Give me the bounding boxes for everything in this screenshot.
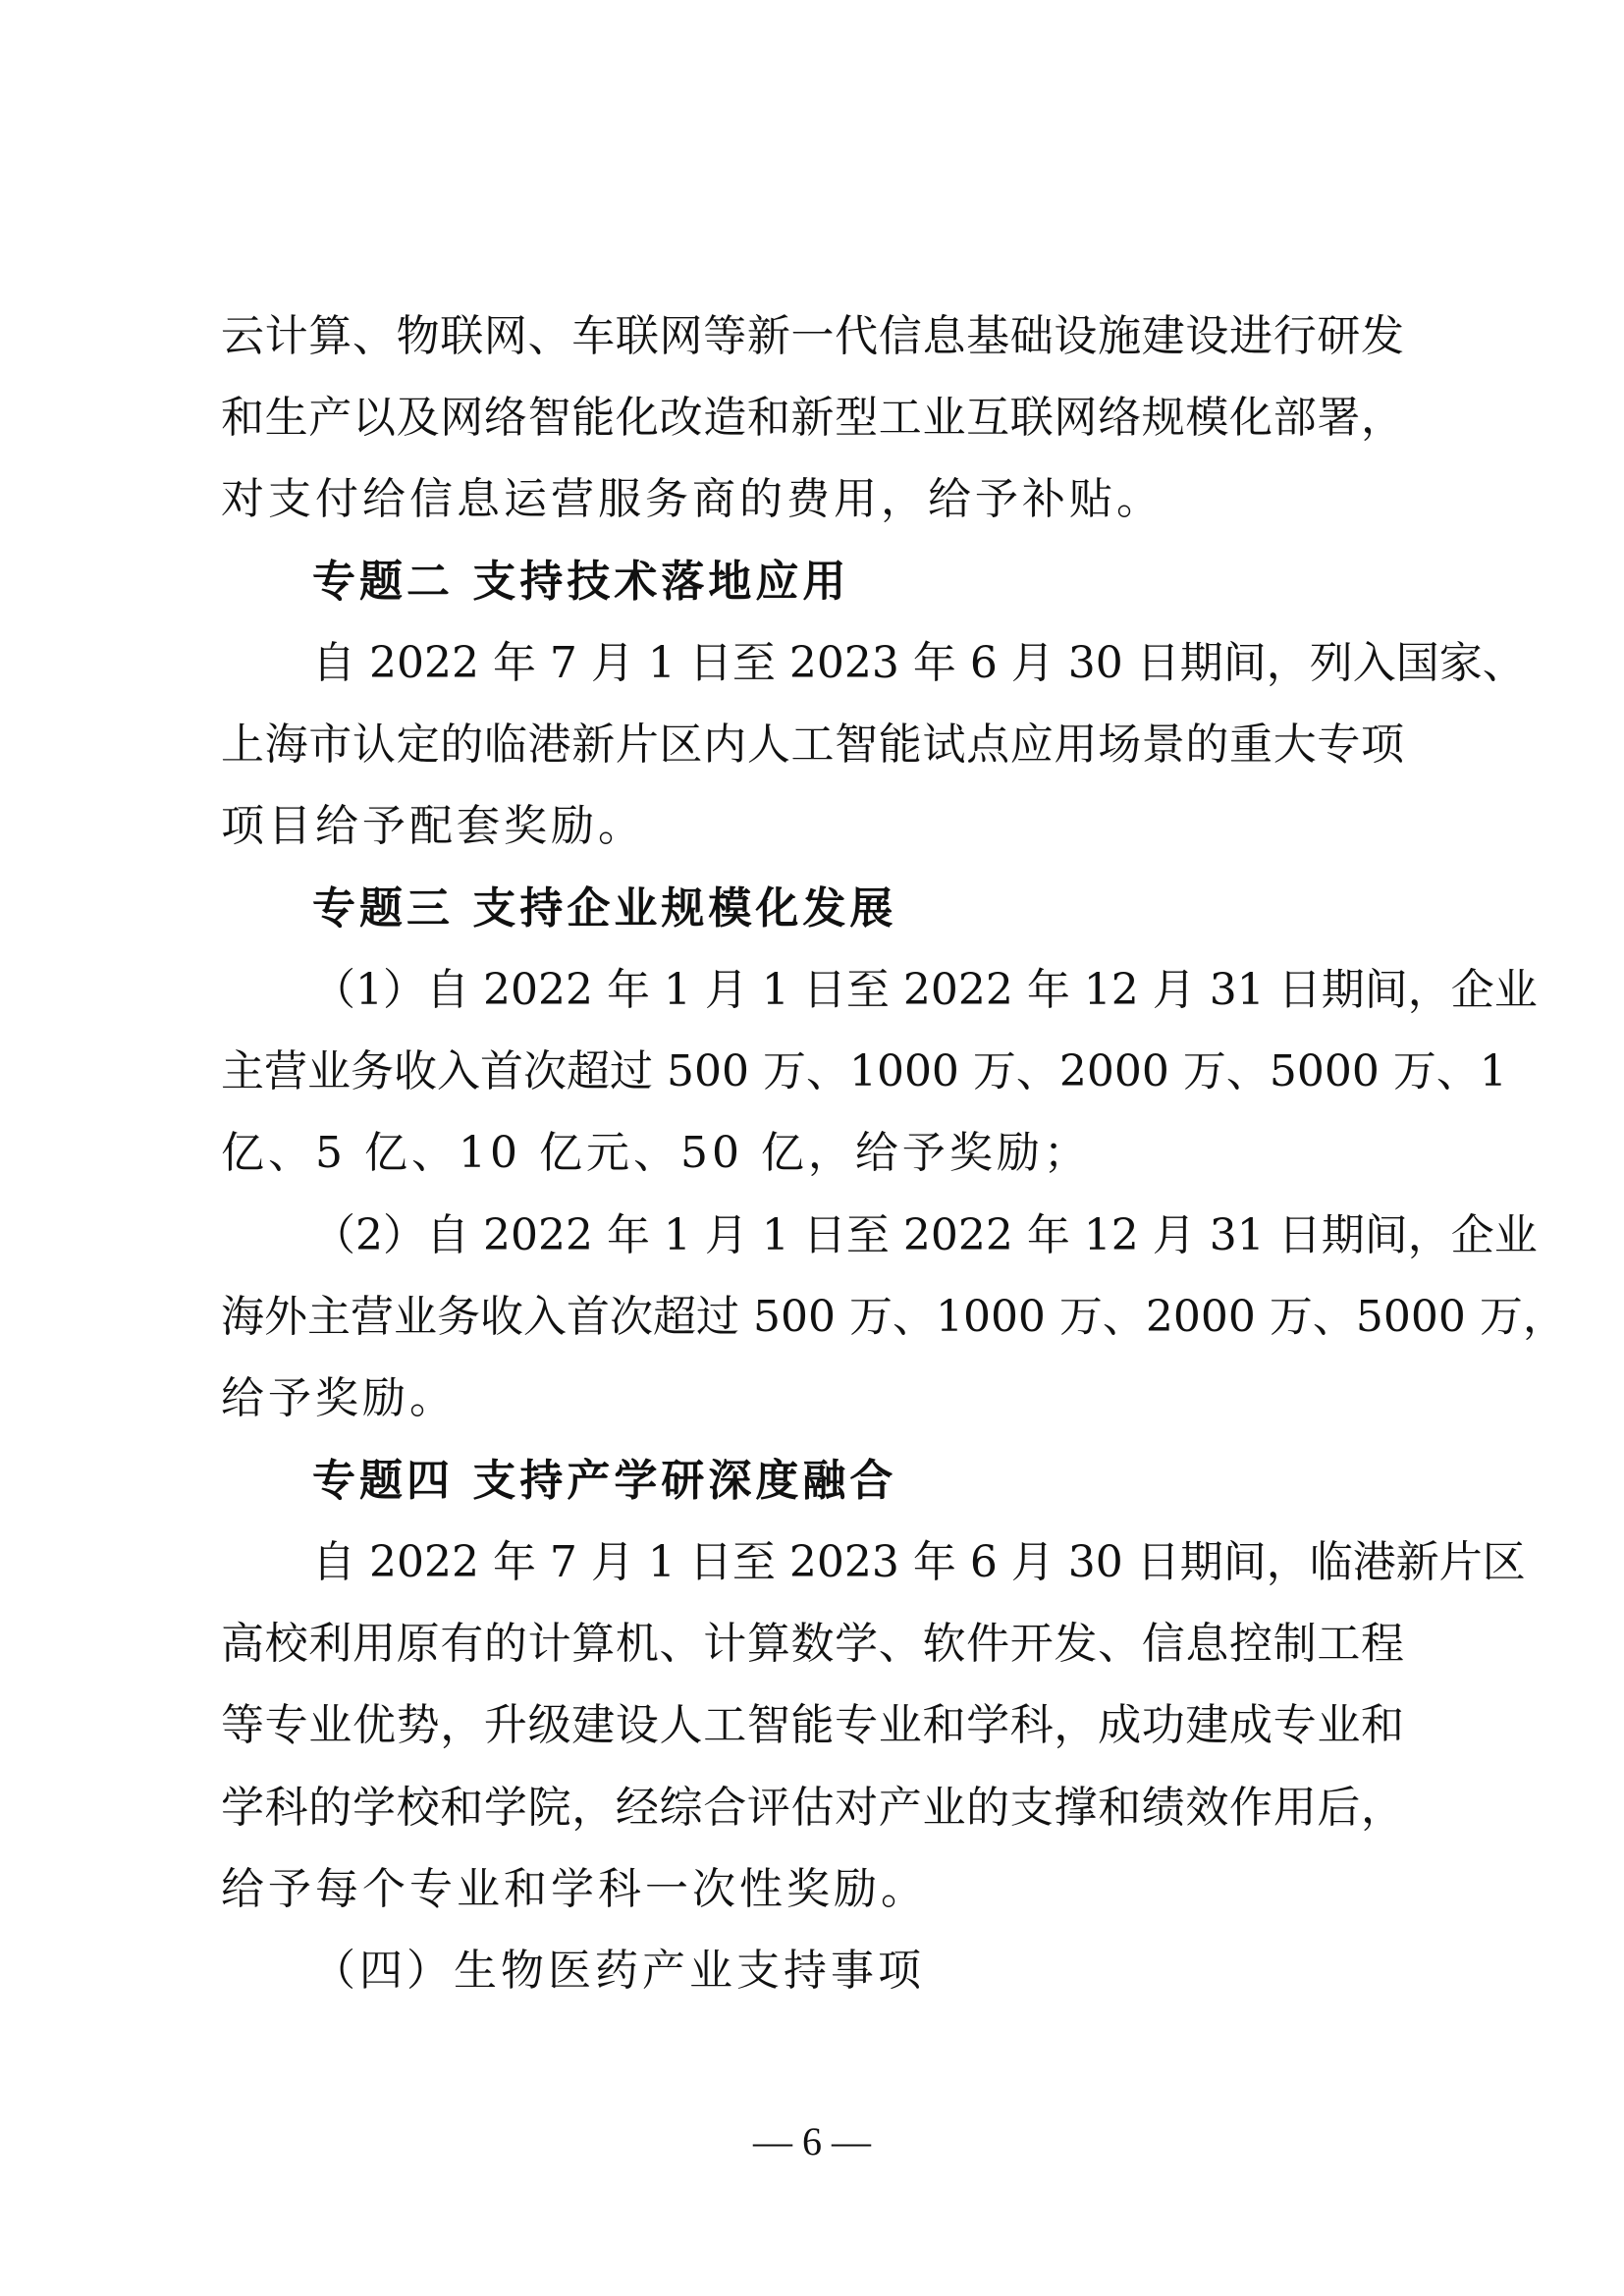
body-line: 海外主营业务收入首次超过 500 万、1000 万、2000 万、5000 万，	[221, 1288, 1404, 1347]
body-line: 云计算、物联网、车联网等新一代信息基础设施建设进行研发	[221, 307, 1404, 366]
body-line: 自 2022 年 7 月 1 日至 2023 年 6 月 30 日期间，列入国家…	[312, 634, 1404, 693]
section-heading-topic-3: 专题三 支持企业规模化发展	[312, 880, 1404, 938]
body-line: 给予奖励。	[221, 1369, 1404, 1428]
body-line: 学科的学校和学院，经综合评估对产业的支撑和绩效作用后，	[221, 1779, 1404, 1838]
body-line: （1）自 2022 年 1 月 1 日至 2022 年 12 月 31 日期间，…	[312, 961, 1404, 1020]
body-line: 自 2022 年 7 月 1 日至 2023 年 6 月 30 日期间，临港新片…	[312, 1533, 1404, 1592]
body-line: 对支付给信息运营服务商的费用，给予补贴。	[221, 470, 1404, 529]
body-line: 亿、5 亿、10 亿元、50 亿，给予奖励；	[221, 1124, 1404, 1183]
section-heading-biomedicine: （四）生物医药产业支持事项	[312, 1942, 1404, 2001]
body-line: 和生产以及网络智能化改造和新型工业互联网络规模化部署，	[221, 389, 1404, 448]
body-line: 项目给予配套奖励。	[221, 797, 1404, 856]
body-line: 主营业务收入首次超过 500 万、1000 万、2000 万、5000 万、1	[221, 1042, 1404, 1101]
body-line: 上海市认定的临港新片区内人工智能试点应用场景的重大专项	[221, 716, 1404, 774]
page-number: — 6 —	[714, 2120, 910, 2163]
document-page: 云计算、物联网、车联网等新一代信息基础设施建设进行研发 和生产以及网络智能化改造…	[0, 0, 1624, 2296]
section-heading-topic-4: 专题四 支持产学研深度融合	[312, 1452, 1404, 1511]
section-heading-topic-2: 专题二 支持技术落地应用	[312, 553, 1404, 612]
body-line: 高校利用原有的计算机、计算数学、软件开发、信息控制工程	[221, 1615, 1404, 1674]
body-line: 等专业优势，升级建设人工智能专业和学科，成功建成专业和	[221, 1696, 1404, 1755]
body-line: 给予每个专业和学科一次性奖励。	[221, 1860, 1404, 1919]
body-line: （2）自 2022 年 1 月 1 日至 2022 年 12 月 31 日期间，…	[312, 1206, 1404, 1265]
